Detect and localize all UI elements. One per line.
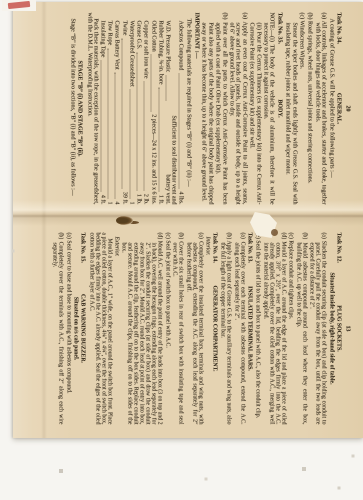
- task-12-heading-row: Task No. 12. PLUG SOCKETS.: [336, 233, 342, 425]
- task-35-item-b: (b) Paint over all the parts to which Ce…: [215, 13, 227, 205]
- pack-paragraph: Pack these materials, with the exception…: [86, 13, 98, 205]
- interior-label: Interior.: [205, 237, 211, 425]
- task-14-heading-row: Task No. 14. GENERATOR COMPARTMENT.: [212, 233, 218, 425]
- stain-spot: [116, 216, 133, 225]
- exterior-label: Exterior.: [114, 237, 120, 425]
- material-qty: 39 ft.: [121, 192, 127, 205]
- material-name: Copper or soft iron wire: [143, 21, 149, 79]
- task-14-item-c: (c) Seal the joint of switch box to pane…: [165, 233, 171, 425]
- task-14-item-a: (a) Completely cover the insulated termi…: [186, 233, 204, 425]
- red-mark: [8, 1, 31, 9]
- stain-dot: [271, 229, 278, 236]
- material-row: Insulating Tape4 ft.: [99, 21, 105, 205]
- task-34-item-c-detail: Smear the wiper bodies and shaft ends li…: [285, 23, 297, 205]
- dot-leader: [108, 48, 109, 198]
- task-12-item-b: (b) Mould asbestos compound around each …: [296, 233, 308, 425]
- material-name: Rubber Tubing, ⅜-in. bore: [157, 21, 163, 85]
- dot-leader: [179, 73, 180, 188]
- task-12-item-d: (d) Mould a layer of A.C. around the edg…: [263, 233, 287, 425]
- task-34-item-c: (c) Windscreen Wipers.: [299, 13, 305, 205]
- materials-list: Asbestos Compound4 lbs. W.D. Pressure Pl…: [99, 13, 183, 205]
- important-intro: The following materials are required in …: [185, 13, 191, 205]
- task-34-label: Task No. 34.: [335, 13, 341, 44]
- material-name: Canvas Battery Vent: [114, 21, 120, 70]
- task-12-item-c: (c) Replace conduit and tighten clips.: [288, 233, 294, 425]
- material-name: Waterproofed Greasedsheet: [128, 21, 134, 87]
- red-page-edge: [2, 0, 36, 11]
- task-12-item-a: (a) Slacken the conduit securing clip (a…: [309, 233, 327, 425]
- task-35-item-a: (a) Apply an even coat of Cerrux Anti-Co…: [229, 13, 248, 205]
- task-35-note-1: NOTE:—(i) The body of the vehicle is of …: [263, 13, 275, 205]
- material-qty: 1: [128, 202, 134, 205]
- material-row: Tow Rope1: [107, 21, 113, 205]
- material-row: Oiled Cotton2 pieces—24 x 12 ins. and 15…: [150, 21, 156, 205]
- task-13-item-a: (a) Completely cover each terminal with …: [234, 233, 246, 425]
- task-34-heading-row: Task No. 34. GENERAL.: [335, 13, 341, 205]
- exterior-paragraph: Mould a layer of A.C., 1″ wide, on the p…: [89, 233, 113, 425]
- task-34-intro: A coating of Grease G.S. will be applied…: [328, 13, 334, 205]
- material-name: Twine: [121, 21, 127, 36]
- task-35-heading-row: Task No. 35. BODY.: [276, 13, 282, 205]
- page-13: 13 Task No. 12. PLUG SOCKETS. Situated i…: [13, 220, 360, 438]
- task-13-item-b: (b) Apply a light coat of Grease G.S. to…: [220, 233, 232, 425]
- material-name: Insulating Tape: [99, 21, 105, 58]
- dot-leader: [115, 73, 116, 199]
- task-12-label: Task No. 12.: [336, 233, 342, 263]
- task-13-heading-row: Task No. 13. INSULATED TERMINAL BARS.: [247, 233, 253, 425]
- page-20: 20 Task No. 34. GENERAL. A coating of Gr…: [13, 0, 360, 218]
- generator-compartment-heading: GENERATOR COMPARTMENT.: [212, 286, 218, 372]
- task-12-item-e: (e) Seal the joints of lid to box and bo…: [255, 233, 261, 425]
- task-15-label: Task No. 15.: [80, 233, 86, 263]
- material-qty: 1 lb.: [135, 194, 141, 205]
- task-35-note-2: (ii) Pour the Cerrux Thinners (ex supple…: [249, 23, 261, 205]
- plug-sockets-heading: PLUG SOCKETS.: [336, 305, 342, 351]
- material-name: Tow Rope: [107, 21, 113, 46]
- material-row: Waterproofed Greasedsheet1: [128, 21, 134, 205]
- material-qty: 2 lb.: [143, 194, 149, 205]
- dot-leader: [144, 82, 145, 191]
- material-qty: Sufficient to seal distributor vent and …: [164, 103, 176, 204]
- dot-leader: [136, 52, 137, 191]
- material-name: Oiled Cotton: [150, 21, 156, 52]
- material-name: Grease G.S.: [135, 21, 141, 50]
- dot-leader: [165, 75, 166, 100]
- scanned-manual-photo: 20 Task No. 34. GENERAL. A coating of Gr…: [0, 0, 363, 500]
- material-qty: 1 ft.: [157, 195, 163, 205]
- material-name: W.D. Pressure Plastic: [164, 21, 170, 73]
- material-row: W.D. Pressure PlasticSufficient to seal …: [164, 21, 176, 205]
- task-35-item-b-detail: Paint also any parts of the body where t…: [201, 23, 213, 205]
- cab-buzzer-subheading: Situated on n/s cab panel.: [73, 233, 79, 425]
- task-14-item-b: (b) Cover the six small holes in rear of…: [172, 233, 184, 425]
- material-row: Copper or soft iron wire2 lb.: [143, 21, 149, 205]
- cab-warning-buzzer-heading: CAB WARNING BUZZER.: [80, 294, 86, 363]
- insulated-terminal-bars-heading: INSULATED TERMINAL BARS.: [247, 286, 253, 371]
- material-row: Rubber Tubing, ⅜-in. bore1 ft.: [157, 21, 163, 205]
- dot-leader: [100, 60, 101, 191]
- plug-sockets-subheading: Situated inside body, right-hand side of…: [329, 233, 335, 425]
- stage-b-paragraph: Stage “B” is divided into two sections, …: [69, 13, 75, 205]
- material-qty: 4 lbs.: [178, 191, 184, 204]
- task-14-item-d: (d) Mould A.C. well around the point of …: [121, 233, 163, 425]
- task-15-heading-row: Task No. 15. CAB WARNING BUZZER.: [80, 233, 86, 425]
- material-row: Asbestos Compound4 lbs.: [178, 21, 184, 205]
- task-35-label: Task No. 35.: [276, 13, 282, 44]
- material-row: Twine39 ft.: [121, 21, 127, 205]
- dust-specks: [0, 0, 2, 2]
- material-name: Asbestos Compound: [178, 21, 184, 71]
- task-15-item-a: (a) Seal cover to base and base to mount…: [66, 233, 72, 425]
- material-qty: 2 pieces—24 x 12 ins. and 15 x 6 ins.: [150, 114, 156, 204]
- dot-leader: [158, 88, 159, 192]
- material-qty: 4: [114, 202, 120, 205]
- material-qty: 1: [107, 202, 113, 205]
- task-13-label: Task No. 13.: [247, 233, 253, 263]
- task-34-item-b: (b) Road springs, wheel nuts, universal …: [306, 13, 312, 205]
- material-row: Canvas Battery Vent4: [114, 21, 120, 205]
- general-heading: GENERAL.: [335, 93, 341, 124]
- dot-leader: [122, 38, 123, 188]
- task-14-label: Task No. 14.: [212, 233, 218, 263]
- body-heading: BODY.: [276, 99, 282, 117]
- page-number: 13: [345, 233, 351, 425]
- page-number: 20: [344, 13, 350, 205]
- task-34-item-a: (a) All controls, linkages of accelerato…: [314, 13, 326, 205]
- important-label: IMPORTANT :—: [193, 13, 199, 59]
- dot-leader: [129, 90, 130, 199]
- material-row: Grease G.S.1 lb.: [135, 21, 141, 205]
- stage-b-heading: STAGE “B” (i) AND STAGE “B” (ii).: [77, 13, 83, 205]
- task-15-item-b: (b) Completely cover the terminals with …: [52, 233, 64, 425]
- dot-leader: [151, 55, 152, 112]
- material-qty: 4 ft.: [99, 195, 105, 205]
